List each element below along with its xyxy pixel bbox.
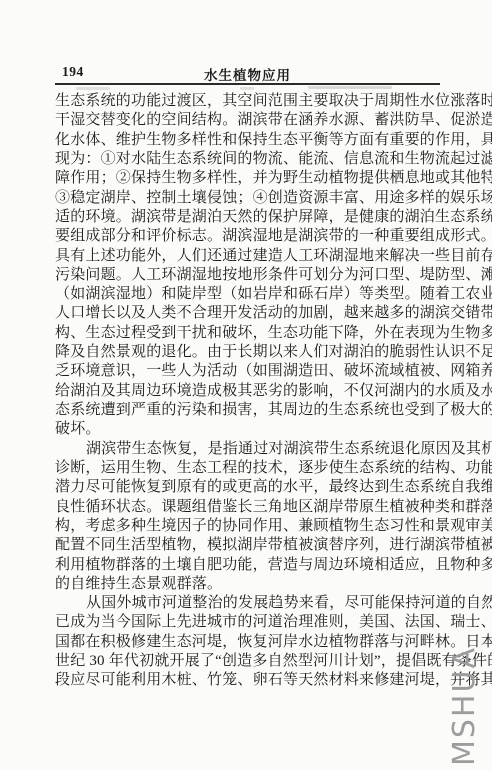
text-line: 诊断，运用生物、生态工程的技术，逐步使生态系统的结构、功能和生态学 [55, 459, 440, 478]
scan-artifact [240, 87, 254, 90]
header-rule [55, 83, 440, 85]
text-line: 态系统遭到严重的污染和损害，其周边的生态系统也受到了极大的 [55, 401, 440, 420]
watermark: MSHUA [447, 646, 482, 766]
text-line: 现为：①对水陆生态系统间的物流、能流、信息流和生物流起过滤器和屏 [55, 150, 440, 169]
text-line: 干湿交替变化的空间结构。湖滨带在涵养水源、蓄洪防旱、促淤造地、净 [55, 111, 440, 130]
text-line: 障作用；②保持生物多样性，并为野生动植物提供栖息地或其他特殊地； [55, 169, 440, 188]
text-line: 利用植物群落的土壤自肥功能，营造与周边环境相适应，且物种多样性高 [55, 556, 440, 575]
text-line: 湖滨带生态恢复，是指通过对湖滨带生态系统退化原因及其机理的 [55, 440, 440, 459]
text-line: 潜力尽可能恢复到原有的或更高的水平，最终达到生态系统自我维持和 [55, 478, 440, 497]
text-line: 生态系统的功能过渡区，其空间范围主要取决于周期性水位涨落时湖滨 [55, 92, 440, 111]
text-line: 破坏。 [55, 420, 440, 439]
text-line: 降及自然景观的退化。由于长期以来人们对湖泊的脆弱性认识不足，缺 [55, 343, 440, 362]
text-line: 污染问题。人工环湖湿地按地形条件可划分为河口型、堤防型、滩地型 [55, 266, 440, 285]
text-line: 具有上述功能外，人们还通过建造人工环湖湿地来解决一些目前存在的 [55, 247, 440, 266]
text-line: 给湖泊及其周边环境造成极其恶劣的影响，不仅河湖内的水质及水生生 [55, 382, 440, 401]
page-header: 194 水生植物应用 [55, 64, 440, 82]
text-line: 构，考虑多种生境因子的协同作用、兼顾植物生态习性和景观审美要求， [55, 517, 440, 536]
text-line: 适的环境。湖滨带是湖泊天然的保护屏障，是健康的湖泊生态系统的重 [55, 208, 440, 227]
text-line: 国都在积极修建生态河堤，恢复河岸水边植物群落与河畔林。日本在 20 [55, 633, 440, 652]
text-line: 世纪 30 年代初就开展了“创造多自然型河川计划”，提倡既有条件的河 [55, 652, 440, 671]
scan-artifact [76, 87, 110, 90]
text-line: 已成为当今国际上先进城市的河道治理准则，美国、法国、瑞士、奥地利等 [55, 613, 440, 632]
text-line: （如湖滨湿地）和陡岸型（如岩岸和砾石岸）等类型。随着工农业发展、 [55, 285, 440, 304]
text-line: 人口增长以及人类不合理开发活动的加剧，越来越多的湖滨交错带结 [55, 304, 440, 323]
text-line: 段应尽可能利用木桩、竹笼、卵石等天然材料来修建河堤，并将其命名为 [55, 671, 440, 690]
running-title: 水生植物应用 [55, 64, 440, 84]
text-line: 从国外城市河道整治的发展趋势来看，尽可能保持河道的自然风貌 [55, 594, 440, 613]
text-line: ③稳定湖岸、控制土壤侵蚀；④创造资源丰富、用途多样的娱乐场所和舒 [55, 189, 440, 208]
text-line: 乏环境意识，一些人为活动（如围湖造田、破坏流域植被、网箱养鱼等） [55, 362, 440, 381]
text-line: 的自维持生态景观群落。 [55, 575, 440, 594]
text-line: 构、生态过程受到干扰和破坏，生态功能下降，外在表现为生物多样性下 [55, 324, 440, 343]
text-line: 良性循环状态。课题组借鉴长三角地区湖岸带原生植被种类和群落结 [55, 498, 440, 517]
book-page: 194 水生植物应用 生态系统的功能过渡区，其空间范围主要取决于周期性水位涨落时… [0, 0, 492, 770]
body-text: 生态系统的功能过渡区，其空间范围主要取决于周期性水位涨落时湖滨干湿交替变化的空间… [55, 92, 440, 691]
scan-artifact [308, 86, 392, 89]
text-line: 配置不同生活型植物，模拟湖岸带植被演替序列，进行湖滨带植被恢复； [55, 536, 440, 555]
text-line: 要组成部分和评价标志。湖滨湿地是湖滨带的一种重要组成形式。除 [55, 227, 440, 246]
text-line: 化水体、维护生物多样性和保持生态平衡等方面有重要的作用，具体表 [55, 131, 440, 150]
